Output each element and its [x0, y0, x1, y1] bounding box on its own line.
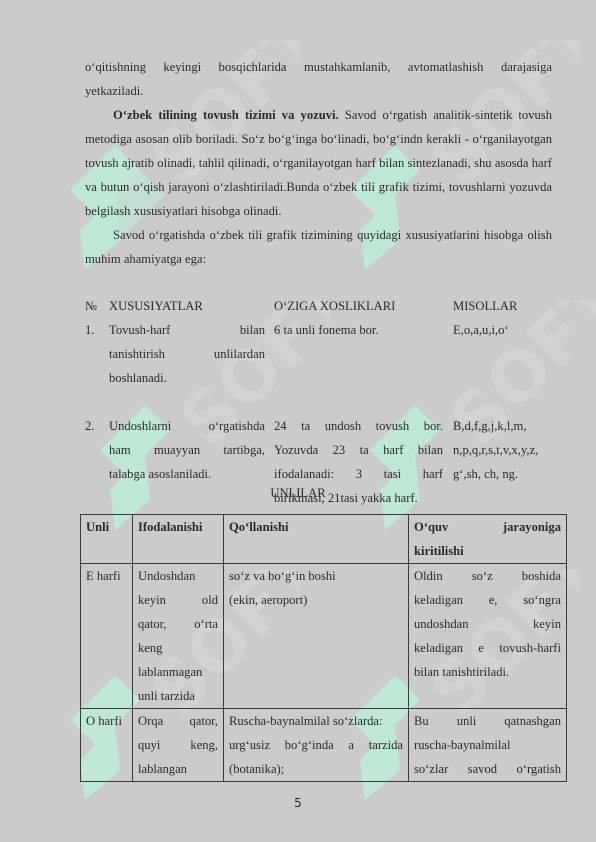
paragraph-sound-system-text: Savod o‘rgatish analitik-sintetik tovush…: [85, 108, 552, 218]
cell-line: (ekin, aeroport): [229, 588, 403, 612]
cell-ifodalanishi: Orqa qator, quyi keng, lablangan: [133, 709, 224, 782]
header-specifics: O‘ZIGA XOSLIKLARI: [274, 294, 443, 318]
cell-line: undoshdan keyin: [414, 612, 561, 636]
cell-line: so‘zlar savod o‘rgatish: [414, 757, 561, 781]
table-row: E harfi Undoshdan keyin old qator, o‘rta…: [81, 564, 567, 709]
cell-line: keladigan e tovush-harfi: [414, 636, 561, 660]
table-header-row: Unli Ifodalanishi Qo‘llanishi O‘quv jara…: [81, 515, 567, 564]
cell-line: keladigan e, so‘ngra: [414, 588, 561, 612]
cell-line: bilan tanishtiriladi.: [414, 660, 561, 684]
cell-line: ruscha-baynalmilal: [414, 733, 561, 757]
body-text: o‘qitishning keyingi bosqichlarida musta…: [85, 55, 552, 271]
paragraph-sound-system: O‘zbek tilining tovush tizimi va yozuvi.…: [85, 103, 552, 223]
cell-line: so‘z va bo‘g‘in boshi: [229, 564, 403, 588]
examples-line: g‘,sh, ch, ng.: [453, 462, 563, 486]
features-header: № XUSUSIYATLAR O‘ZIGA XOSLIKLARI MISOLLA…: [85, 294, 555, 318]
cell-line: unli tarzida: [138, 684, 218, 708]
table-caption: UNLILAR: [0, 486, 596, 501]
header-properties: XUSUSIYATLAR: [109, 294, 265, 318]
cell-line: lablanmagan: [138, 660, 218, 684]
row-number: 1.: [85, 318, 109, 390]
cell-unli: E harfi: [81, 564, 133, 709]
examples-line: n,p,q,r,s,t,v,x,y,z,: [453, 438, 563, 462]
cell-kiritilishi: Oldin so‘z boshida keladigan e, so‘ngra …: [409, 564, 567, 709]
section-heading: O‘zbek tilining tovush tizimi va yozuvi.: [113, 108, 339, 122]
header-line: kiritilishi: [414, 539, 561, 563]
header-unli: Unli: [81, 515, 133, 564]
header-kiritilishi: O‘quv jarayoniga kiritilishi: [409, 515, 567, 564]
property-line: Tovush-harf bilan: [109, 318, 265, 342]
cell-line: Oldin so‘z boshida: [414, 564, 561, 588]
table-row: O harfi Orqa qator, quyi keng, lablangan…: [81, 709, 567, 782]
paragraph-continuation-line2: yetkaziladi.: [85, 79, 552, 103]
cell-line: Undoshdan: [138, 564, 218, 588]
cell-qollanishi: so‘z va bo‘g‘in boshi (ekin, aeroport): [224, 564, 409, 709]
header-examples: MISOLLAR: [453, 294, 563, 318]
property-line: Undoshlarni o‘rgatishda: [109, 414, 265, 438]
cell-ifodalanishi: Undoshdan keyin old qator, o‘rta keng la…: [133, 564, 224, 709]
cell-line: (botanika);: [229, 757, 403, 781]
features-list: № XUSUSIYATLAR O‘ZIGA XOSLIKLARI MISOLLA…: [85, 294, 555, 510]
cell-line: quyi keng,: [138, 733, 218, 757]
cell-line: Ruscha-baynalmilal so‘zlarda:: [229, 709, 403, 733]
property-line: tanishtirish unlilardan: [109, 342, 265, 366]
document-page: SOFT SOFT SOFT SOFT SOFT SOFT: [0, 0, 596, 842]
feature-row: 1. Tovush-harf bilan tanishtirish unlila…: [85, 318, 555, 390]
cell-line: keng: [138, 636, 218, 660]
cell-qollanishi: Ruscha-baynalmilal so‘zlarda: urg‘usiz b…: [224, 709, 409, 782]
header-ifodalanishi: Ifodalanishi: [133, 515, 224, 564]
page-number: 5: [0, 796, 596, 810]
header-line: O‘quv jarayoniga: [414, 515, 561, 539]
row-specifics: 6 ta unli fonema bor.: [274, 318, 443, 390]
row-property: Tovush-harf bilan tanishtirish unlilarda…: [109, 318, 265, 390]
cell-line: Bu unli qatnashgan: [414, 709, 561, 733]
specifics-line: ifodalanadi: 3 tasi harf: [274, 462, 443, 486]
cell-line: urg‘usiz bo‘g‘inda a tarzida: [229, 733, 403, 757]
cell-line: keyin old: [138, 588, 218, 612]
paragraph-features-intro: Savod o‘rgatishda o‘zbek tili grafik tiz…: [85, 223, 552, 271]
specifics-line: Yozuvda 23 ta harf bilan: [274, 438, 443, 462]
property-line: ham muayyan tartibga,: [109, 438, 265, 462]
paragraph-continuation-line1: o‘qitishning keyingi bosqichlarida musta…: [85, 55, 552, 79]
specifics-line: 24 ta undosh tovush bor.: [274, 414, 443, 438]
property-line: boshlanadi.: [109, 366, 265, 390]
row-examples: E,o,a,u,i,o‘: [453, 318, 563, 390]
vowels-table: Unli Ifodalanishi Qo‘llanishi O‘quv jara…: [80, 514, 567, 782]
header-number: №: [85, 294, 109, 318]
cell-line: qator, o‘rta: [138, 612, 218, 636]
examples-line: B,d,f,g,j,k,l,m,: [453, 414, 563, 438]
cell-line: Orqa qator,: [138, 709, 218, 733]
property-line: talabga asoslaniladi.: [109, 462, 265, 486]
cell-line: lablangan: [138, 757, 218, 781]
cell-unli: O harfi: [81, 709, 133, 782]
cell-kiritilishi: Bu unli qatnashgan ruscha-baynalmilal so…: [409, 709, 567, 782]
header-qollanishi: Qo‘llanishi: [224, 515, 409, 564]
